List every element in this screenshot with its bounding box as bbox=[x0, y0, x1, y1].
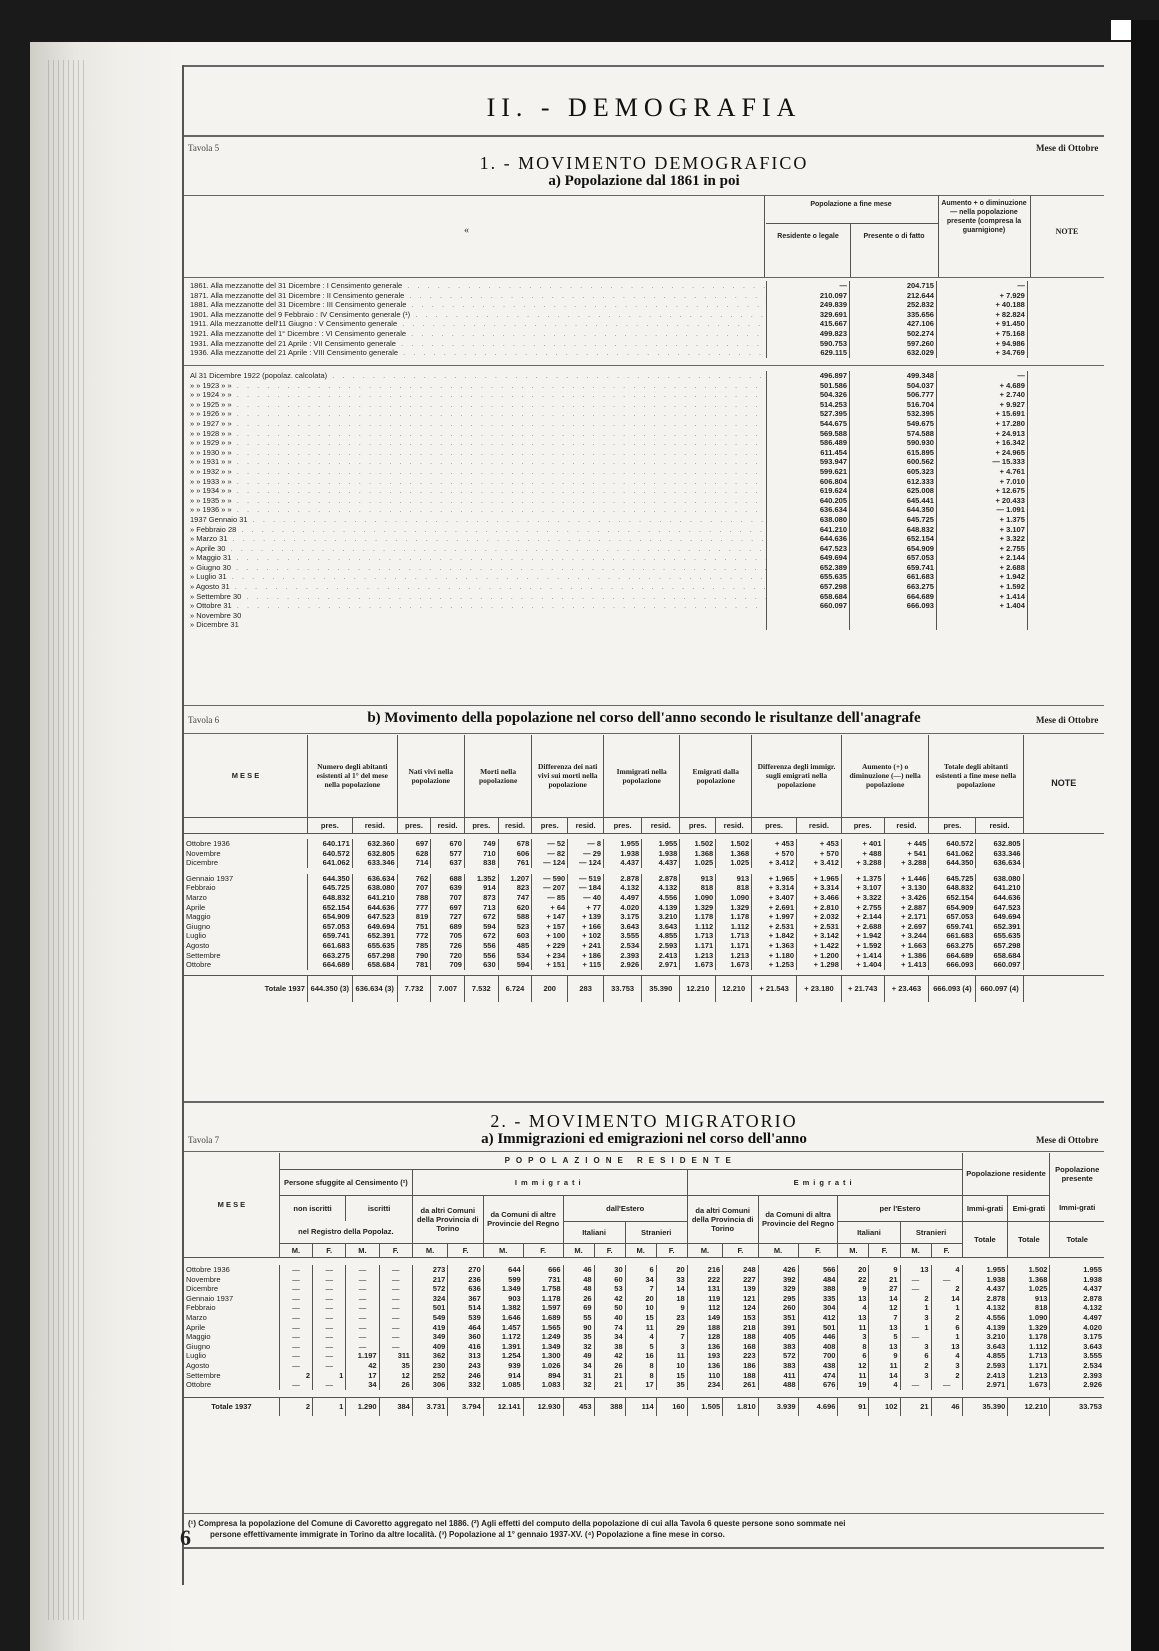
value-cell: 501 bbox=[798, 1323, 838, 1333]
value-cell: 1.254 bbox=[483, 1351, 523, 1361]
value-cell: + 147 bbox=[532, 912, 568, 922]
value-cell: 131 bbox=[687, 1284, 722, 1294]
row-label-text: » » 1933 » » bbox=[190, 477, 232, 486]
table-row: 1901. Alla mezzanotte del 9 Febbraio : I… bbox=[188, 310, 1104, 320]
value-cell: 761 bbox=[498, 858, 532, 868]
value-cell: 34 bbox=[594, 1332, 625, 1342]
row-label: 1936. Alla mezzanotte del 21 Aprile : VI… bbox=[188, 348, 767, 358]
month-label: Gennaio 1937 bbox=[184, 1294, 279, 1304]
residente-value: 586.489 bbox=[767, 438, 850, 448]
presente-value: 657.053 bbox=[850, 553, 937, 563]
section-title: 1. - MOVIMENTO DEMOGRAFICO bbox=[184, 153, 1104, 174]
value-cell: 136 bbox=[687, 1361, 722, 1371]
value-cell: 664.689 bbox=[929, 951, 976, 961]
table-row: Aprile652.154644.636777697713620+ 64+ 77… bbox=[184, 903, 1104, 913]
row-label-text: » Marzo 31 bbox=[190, 534, 228, 543]
note-cell bbox=[1027, 525, 1104, 535]
month-label: Maggio bbox=[184, 1332, 279, 1342]
value-cell: — bbox=[379, 1323, 412, 1333]
value-cell: — bbox=[313, 1380, 346, 1390]
aumento-value: — 15.333 bbox=[936, 457, 1027, 467]
value-cell: 4.139 bbox=[962, 1323, 1008, 1333]
total-cell: 1 bbox=[313, 1398, 346, 1416]
table-row: Dicembre————5726361.3491.758485371413113… bbox=[184, 1284, 1104, 1294]
value-cell: + 229 bbox=[532, 941, 568, 951]
note-cell bbox=[1027, 534, 1104, 544]
value-cell: 790 bbox=[397, 951, 431, 961]
aumento-value: + 1.404 bbox=[936, 601, 1027, 611]
residente-value: 644.636 bbox=[767, 534, 850, 544]
value-cell: 726 bbox=[431, 941, 465, 951]
value-cell: + 1.413 bbox=[884, 960, 929, 970]
value-cell: 1.171 bbox=[716, 941, 752, 951]
value-cell: 193 bbox=[687, 1351, 722, 1361]
total-cell: 21 bbox=[900, 1398, 931, 1416]
value-cell: 707 bbox=[397, 883, 431, 893]
value-cell: — bbox=[279, 1323, 312, 1333]
value-cell: 388 bbox=[798, 1284, 838, 1294]
row-label-text: » » 1923 » » bbox=[190, 381, 232, 390]
row-label-text: » Novembre 30 bbox=[190, 611, 241, 620]
value-cell: 4.132 bbox=[1050, 1303, 1104, 1313]
value-cell: 4.437 bbox=[1050, 1284, 1104, 1294]
value-cell: 230 bbox=[412, 1361, 447, 1371]
value-cell: 411 bbox=[758, 1371, 798, 1381]
row-label-text: » » 1924 » » bbox=[190, 390, 232, 399]
value-cell: 1.758 bbox=[523, 1284, 563, 1294]
value-cell: 663.275 bbox=[307, 951, 352, 961]
value-cell: 188 bbox=[723, 1332, 758, 1342]
value-cell: 32 bbox=[563, 1342, 594, 1352]
value-cell: 1 bbox=[900, 1323, 931, 1333]
value-cell: 823 bbox=[498, 883, 532, 893]
residente-value: 415.667 bbox=[767, 319, 850, 329]
value-cell: 362 bbox=[412, 1351, 447, 1361]
table-row: » Agosto 31 . . . . . . . . . . . . . . … bbox=[188, 582, 1104, 592]
value-cell: + 241 bbox=[568, 941, 604, 951]
value-cell: + 3.107 bbox=[841, 883, 884, 893]
value-cell: 689 bbox=[431, 922, 465, 932]
value-cell: + 2.144 bbox=[841, 912, 884, 922]
value-cell: 1.689 bbox=[523, 1313, 563, 1323]
table-row: » » 1932 » » . . . . . . . . . . . . . .… bbox=[188, 467, 1104, 477]
value-cell: 186 bbox=[723, 1361, 758, 1371]
value-cell: 572 bbox=[412, 1284, 447, 1294]
value-cell: 647.523 bbox=[352, 912, 397, 922]
value-cell: + 3.244 bbox=[884, 931, 929, 941]
residente-value: 647.523 bbox=[767, 544, 850, 554]
value-cell: 4.437 bbox=[642, 858, 680, 868]
value-cell: 1.713 bbox=[1008, 1351, 1050, 1361]
value-cell: + 77 bbox=[568, 903, 604, 913]
value-cell: 30 bbox=[594, 1265, 625, 1275]
value-cell: 1.178 bbox=[1008, 1332, 1050, 1342]
row-label-text: » Maggio 31 bbox=[190, 553, 231, 562]
total-cell: + 23.180 bbox=[797, 976, 842, 1002]
row-label: » Ottobre 31 . . . . . . . . . . . . . .… bbox=[188, 601, 767, 611]
value-cell: 2.593 bbox=[642, 941, 680, 951]
total-row: Totale 1937644.350 (3)636.634 (3)7.7327.… bbox=[184, 976, 1104, 1002]
table-row: Maggio————3493601.1721.24935344712818840… bbox=[184, 1332, 1104, 1342]
table-row: Agosto——42352302439391.02634268101361863… bbox=[184, 1361, 1104, 1371]
value-cell: — 8 bbox=[568, 839, 604, 849]
value-cell: 2.413 bbox=[642, 951, 680, 961]
month-label: Marzo bbox=[184, 1313, 279, 1323]
month-label: Dicembre bbox=[184, 1284, 279, 1294]
residente-value: 638.080 bbox=[767, 515, 850, 525]
value-cell: 124 bbox=[723, 1303, 758, 1313]
value-cell: — bbox=[313, 1313, 346, 1323]
value-cell: 648.832 bbox=[307, 893, 352, 903]
value-cell: 641.210 bbox=[976, 883, 1023, 893]
value-cell: 659.741 bbox=[929, 922, 976, 932]
residente-value: 569.588 bbox=[767, 429, 850, 439]
value-cell: 139 bbox=[723, 1284, 758, 1294]
value-cell: 11 bbox=[869, 1361, 900, 1371]
total-cell: 114 bbox=[625, 1398, 656, 1416]
pres-subheader: pres. bbox=[752, 817, 797, 833]
value-cell: — bbox=[313, 1265, 346, 1275]
value-cell: 2.878 bbox=[962, 1294, 1008, 1304]
value-cell: 1.713 bbox=[716, 931, 752, 941]
value-cell: — bbox=[900, 1380, 931, 1390]
value-cell: 1.673 bbox=[716, 960, 752, 970]
value-cell: 640.572 bbox=[929, 839, 976, 849]
value-cell: + 100 bbox=[532, 931, 568, 941]
value-cell: — bbox=[313, 1361, 346, 1371]
value-cell: 48 bbox=[563, 1275, 594, 1285]
value-cell: 539 bbox=[448, 1313, 483, 1323]
value-cell: 1.083 bbox=[523, 1380, 563, 1390]
value-cell: 6 bbox=[931, 1323, 962, 1333]
value-cell: 762 bbox=[397, 874, 431, 884]
value-cell: 1.329 bbox=[680, 903, 716, 913]
value-cell: 405 bbox=[758, 1332, 798, 1342]
month-label: Novembre bbox=[184, 849, 307, 859]
row-label-text: » Agosto 31 bbox=[190, 582, 230, 591]
table-row: Settembre663.275657.298790720556534+ 234… bbox=[184, 951, 1104, 961]
total-cell: 660.097 (4) bbox=[976, 976, 1023, 1002]
aumento-value: — bbox=[936, 371, 1027, 381]
pres-subheader: pres. bbox=[841, 817, 884, 833]
value-cell: + 2.691 bbox=[752, 903, 797, 913]
value-cell: 1.938 bbox=[604, 849, 642, 859]
value-cell: 3.175 bbox=[604, 912, 642, 922]
value-cell: 549 bbox=[412, 1313, 447, 1323]
value-cell: 9 bbox=[869, 1265, 900, 1275]
month-label: Ottobre 1936 bbox=[184, 1265, 279, 1275]
table-row: Marzo648.832641.210788707873747— 85— 404… bbox=[184, 893, 1104, 903]
value-cell: 1.025 bbox=[1008, 1284, 1050, 1294]
value-cell: 1 bbox=[931, 1303, 962, 1313]
row-label: » Settembre 30 . . . . . . . . . . . . .… bbox=[188, 592, 767, 602]
aumento-value: + 24.913 bbox=[936, 429, 1027, 439]
table-row: Luglio——1.1973113623131.2541.30049421611… bbox=[184, 1351, 1104, 1361]
table-row: » » 1923 » » . . . . . . . . . . . . . .… bbox=[188, 381, 1104, 391]
note-cell bbox=[1027, 419, 1104, 429]
value-cell: 112 bbox=[687, 1303, 722, 1313]
value-cell: 654.909 bbox=[307, 912, 352, 922]
presente-value: 335.656 bbox=[850, 310, 937, 320]
value-cell: 594 bbox=[498, 960, 532, 970]
residente-value: 249.839 bbox=[767, 300, 850, 310]
presente-value: 204.715 bbox=[850, 281, 937, 291]
value-cell: 632.805 bbox=[352, 849, 397, 859]
residente-value: 527.395 bbox=[767, 409, 850, 419]
value-cell: 18 bbox=[656, 1294, 687, 1304]
presente-value: 625.008 bbox=[850, 486, 937, 496]
value-cell: 3 bbox=[838, 1332, 869, 1342]
row-label: » » 1926 » » . . . . . . . . . . . . . .… bbox=[188, 409, 767, 419]
value-cell: 42 bbox=[594, 1351, 625, 1361]
note-cell bbox=[1027, 477, 1104, 487]
presente-value: 597.260 bbox=[850, 339, 937, 349]
m-subheader: M. bbox=[758, 1243, 798, 1257]
row-label: 1901. Alla mezzanotte del 9 Febbraio : I… bbox=[188, 310, 767, 320]
table-row: Marzo————5495391.6461.689554015231491533… bbox=[184, 1313, 1104, 1323]
row-label: » Giugno 30 . . . . . . . . . . . . . . … bbox=[188, 563, 767, 573]
value-cell: 90 bbox=[563, 1323, 594, 1333]
value-cell: 636.634 bbox=[976, 858, 1023, 868]
aumento-value: + 2.144 bbox=[936, 553, 1027, 563]
value-cell: — bbox=[379, 1303, 412, 1313]
value-cell: 1.382 bbox=[483, 1303, 523, 1313]
value-cell: 640.171 bbox=[307, 839, 352, 849]
row-label: » Febbraio 28 . . . . . . . . . . . . . … bbox=[188, 525, 767, 535]
total-cell: 12.930 bbox=[523, 1398, 563, 1416]
table-row: » » 1933 » » . . . . . . . . . . . . . .… bbox=[188, 477, 1104, 487]
value-cell: — bbox=[931, 1380, 962, 1390]
value-cell: 751 bbox=[397, 922, 431, 932]
row-label: 1871. Alla mezzanotte del 31 Dicembre : … bbox=[188, 291, 767, 301]
note-cell bbox=[1027, 611, 1104, 621]
aumento-value: + 2.688 bbox=[936, 563, 1027, 573]
residente-value: 629.115 bbox=[767, 348, 850, 358]
note-cell bbox=[1027, 319, 1104, 329]
value-cell: 772 bbox=[397, 931, 431, 941]
row-label-text: » » 1925 » » bbox=[190, 400, 232, 409]
value-cell: 234 bbox=[687, 1380, 722, 1390]
value-cell: 658.684 bbox=[352, 960, 397, 970]
note-cell bbox=[1023, 839, 1104, 849]
value-cell: — bbox=[346, 1294, 379, 1304]
value-cell: 222 bbox=[687, 1275, 722, 1285]
value-cell: 636 bbox=[448, 1284, 483, 1294]
value-cell: — bbox=[379, 1294, 412, 1304]
value-cell: + 2.032 bbox=[797, 912, 842, 922]
table-row: 1937 Gennaio 31 . . . . . . . . . . . . … bbox=[188, 515, 1104, 525]
value-cell: 26 bbox=[379, 1380, 412, 1390]
row-label-text: Al 31 Dicembre 1922 (popolaz. calcolata) bbox=[190, 371, 327, 380]
row-label-text: » Dicembre 31 bbox=[190, 620, 239, 629]
value-cell: 408 bbox=[798, 1342, 838, 1352]
value-cell: 939 bbox=[483, 1361, 523, 1371]
value-cell: 188 bbox=[723, 1371, 758, 1381]
total-cell: + 23.463 bbox=[884, 976, 929, 1002]
note-cell bbox=[1023, 922, 1104, 932]
f-subheader: F. bbox=[656, 1243, 687, 1257]
value-cell: 1.368 bbox=[1008, 1275, 1050, 1285]
table-row: » » 1929 » » . . . . . . . . . . . . . .… bbox=[188, 438, 1104, 448]
value-cell: 1.213 bbox=[1008, 1371, 1050, 1381]
value-cell: 3.210 bbox=[642, 912, 680, 922]
table-row: 1921. Alla mezzanotte del 1° Dicembre : … bbox=[188, 329, 1104, 339]
month-label: Settembre bbox=[184, 1371, 279, 1381]
row-label: 1911. Alla mezzanotte dell'11 Giugno : V… bbox=[188, 319, 767, 329]
value-cell: 639 bbox=[431, 883, 465, 893]
table-row: 1931. Alla mezzanotte del 21 Aprile : VI… bbox=[188, 339, 1104, 349]
total-cell: 35.390 bbox=[642, 976, 680, 1002]
value-cell: 577 bbox=[431, 849, 465, 859]
value-cell: 60 bbox=[594, 1275, 625, 1285]
value-cell: 1.171 bbox=[680, 941, 716, 951]
value-cell: 32 bbox=[563, 1380, 594, 1390]
presente-value: 605.323 bbox=[850, 467, 937, 477]
aumento-value: + 7.929 bbox=[936, 291, 1027, 301]
value-cell: 913 bbox=[716, 874, 752, 884]
value-cell: + 3.412 bbox=[752, 858, 797, 868]
mese-label: Mese di Ottobre bbox=[1036, 143, 1098, 153]
value-cell: 15 bbox=[656, 1371, 687, 1381]
aumento-value: + 4.761 bbox=[936, 467, 1027, 477]
value-cell: 2 bbox=[279, 1371, 312, 1381]
value-cell: — 40 bbox=[568, 893, 604, 903]
table5-header: « Popolazione a fine mese Residente o le… bbox=[184, 195, 1104, 277]
value-cell: 21 bbox=[869, 1275, 900, 1285]
presente-value: 252.832 bbox=[850, 300, 937, 310]
value-cell: — bbox=[313, 1323, 346, 1333]
value-cell: 660.097 bbox=[976, 960, 1023, 970]
value-cell: 74 bbox=[594, 1323, 625, 1333]
value-cell: — bbox=[313, 1351, 346, 1361]
table-row: » » 1930 » » . . . . . . . . . . . . . .… bbox=[188, 448, 1104, 458]
f-subheader: F. bbox=[448, 1243, 483, 1257]
value-cell: 1.207 bbox=[498, 874, 532, 884]
value-cell: — bbox=[346, 1275, 379, 1285]
value-cell: 3.643 bbox=[1050, 1342, 1104, 1352]
value-cell: — 29 bbox=[568, 849, 604, 859]
value-cell: + 151 bbox=[532, 960, 568, 970]
total-cell: 636.634 (3) bbox=[352, 976, 397, 1002]
residente-value: 652.389 bbox=[767, 563, 850, 573]
row-label: » » 1936 » » . . . . . . . . . . . . . .… bbox=[188, 505, 767, 515]
aumento-value: + 91.450 bbox=[936, 319, 1027, 329]
row-label-text: 1861. Alla mezzanotte del 31 Dicembre : … bbox=[190, 281, 402, 290]
value-cell: + 2.688 bbox=[841, 922, 884, 932]
row-label-text: » » 1930 » » bbox=[190, 448, 232, 457]
f-subheader: F. bbox=[313, 1243, 346, 1257]
month-label: Aprile bbox=[184, 1323, 279, 1333]
value-cell: 1.597 bbox=[523, 1303, 563, 1313]
month-label: Settembre bbox=[184, 951, 307, 961]
value-cell: — bbox=[279, 1380, 312, 1390]
presente-value: 659.741 bbox=[850, 563, 937, 573]
month-label: Ottobre 1936 bbox=[184, 839, 307, 849]
value-cell: — 519 bbox=[568, 874, 604, 884]
value-cell: — bbox=[313, 1303, 346, 1313]
value-cell: 2.534 bbox=[1050, 1361, 1104, 1371]
value-cell: 914 bbox=[464, 883, 498, 893]
value-cell: 654.909 bbox=[929, 903, 976, 913]
value-cell: 2.413 bbox=[962, 1371, 1008, 1381]
value-cell: 1 bbox=[931, 1332, 962, 1342]
row-label-text: 1936. Alla mezzanotte del 21 Aprile : VI… bbox=[190, 348, 398, 357]
total-cell: 666.093 (4) bbox=[929, 976, 976, 1002]
value-cell: — bbox=[379, 1265, 412, 1275]
note-cell bbox=[1023, 941, 1104, 951]
row-label: 1921. Alla mezzanotte del 1° Dicembre : … bbox=[188, 329, 767, 339]
value-cell: + 166 bbox=[568, 922, 604, 932]
value-cell: + 1.363 bbox=[752, 941, 797, 951]
value-cell: + 1.592 bbox=[841, 941, 884, 951]
value-cell: + 2.887 bbox=[884, 903, 929, 913]
value-cell: 648.832 bbox=[929, 883, 976, 893]
value-cell: 1.025 bbox=[716, 858, 752, 868]
total-cell: 91 bbox=[838, 1398, 869, 1416]
value-cell: 666.093 bbox=[929, 960, 976, 970]
resid-subheader: resid. bbox=[498, 817, 532, 833]
m-subheader: M. bbox=[900, 1243, 931, 1257]
pres-subheader: pres. bbox=[680, 817, 716, 833]
note-cell bbox=[1027, 291, 1104, 301]
presente-value: 574.588 bbox=[850, 429, 937, 439]
value-cell: — bbox=[346, 1332, 379, 1342]
value-cell: 652.391 bbox=[976, 922, 1023, 932]
value-cell: + 186 bbox=[568, 951, 604, 961]
note-cell bbox=[1027, 429, 1104, 439]
note-cell bbox=[1027, 400, 1104, 410]
row-label: 1881. Alla mezzanotte del 31 Dicembre : … bbox=[188, 300, 767, 310]
value-cell: 313 bbox=[448, 1351, 483, 1361]
row-label-text: » » 1931 » » bbox=[190, 457, 232, 466]
row-label-text: » » 1935 » » bbox=[190, 496, 232, 505]
note-cell bbox=[1027, 515, 1104, 525]
value-cell: 606 bbox=[498, 849, 532, 859]
value-cell: 9 bbox=[869, 1351, 900, 1361]
popolazione-header: Popolazione a fine mese bbox=[766, 201, 936, 208]
table-row: Gennaio 1937————3243679031.1782642201811… bbox=[184, 1294, 1104, 1304]
total-cell: 160 bbox=[656, 1398, 687, 1416]
value-cell: 13 bbox=[900, 1265, 931, 1275]
value-cell: 4.855 bbox=[962, 1351, 1008, 1361]
value-cell: 599 bbox=[483, 1275, 523, 1285]
table5-census: 1861. Alla mezzanotte del 31 Dicembre : … bbox=[188, 281, 1104, 358]
aumento-value: + 82.824 bbox=[936, 310, 1027, 320]
residente-value: 590.753 bbox=[767, 339, 850, 349]
note-cell bbox=[1023, 874, 1104, 884]
value-cell: + 1.253 bbox=[752, 960, 797, 970]
row-label-text: » » 1934 » » bbox=[190, 486, 232, 495]
value-cell: 649.694 bbox=[352, 922, 397, 932]
value-cell: — bbox=[313, 1275, 346, 1285]
value-cell: 188 bbox=[687, 1323, 722, 1333]
aumento-value: — bbox=[936, 281, 1027, 291]
table-row: Febbraio645.725638.080707639914823— 207—… bbox=[184, 883, 1104, 893]
value-cell: 640.572 bbox=[307, 849, 352, 859]
residente-value: 619.624 bbox=[767, 486, 850, 496]
value-cell: + 1.414 bbox=[841, 951, 884, 961]
value-cell: + 1.298 bbox=[797, 960, 842, 970]
value-cell: + 3.288 bbox=[884, 858, 929, 868]
month-label: Maggio bbox=[184, 912, 307, 922]
value-cell: 1.178 bbox=[680, 912, 716, 922]
value-cell: 2.878 bbox=[604, 874, 642, 884]
value-cell: 10 bbox=[625, 1303, 656, 1313]
value-cell: 913 bbox=[680, 874, 716, 884]
residente-value: 649.694 bbox=[767, 553, 850, 563]
value-cell: 523 bbox=[498, 922, 532, 932]
note-cell bbox=[1027, 553, 1104, 563]
